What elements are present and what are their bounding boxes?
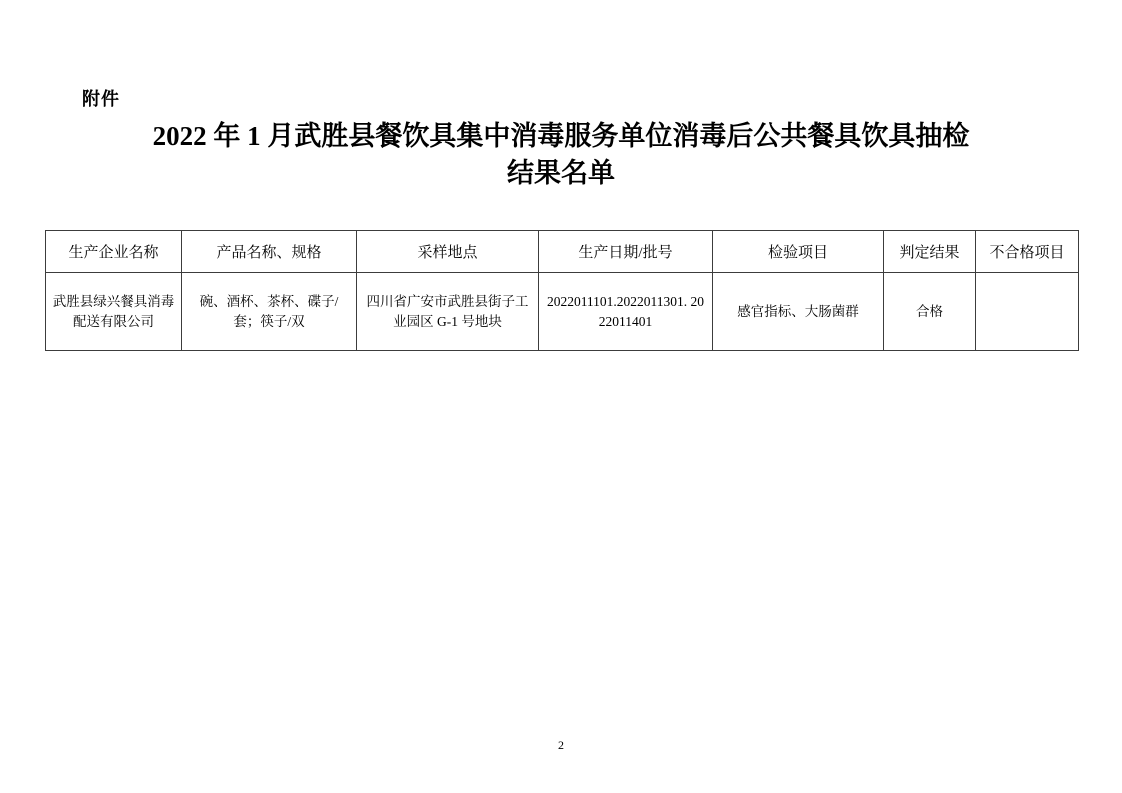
header-inspection-items: 检验项目 — [713, 231, 884, 273]
header-sampling-location: 采样地点 — [357, 231, 539, 273]
cell-sampling-location: 四川省广安市武胜县街子工业园区 G-1 号地块 — [357, 273, 539, 351]
cell-production-date-batch: 2022011101.2022011301. 2022011401 — [539, 273, 713, 351]
document-page: 附件 2022 年 1 月武胜县餐饮具集中消毒服务单位消毒后公共餐具饮具抽检 结… — [0, 0, 1122, 793]
header-failed-items: 不合格项目 — [976, 231, 1079, 273]
cell-failed-items — [976, 273, 1079, 351]
document-title-line1: 2022 年 1 月武胜县餐饮具集中消毒服务单位消毒后公共餐具饮具抽检 — [0, 118, 1122, 155]
cell-inspection-items: 感官指标、大肠菌群 — [713, 273, 884, 351]
header-product-name-spec: 产品名称、规格 — [182, 231, 357, 273]
document-title: 2022 年 1 月武胜县餐饮具集中消毒服务单位消毒后公共餐具饮具抽检 结果名单 — [0, 118, 1122, 192]
page-number: 2 — [0, 738, 1122, 753]
cell-judgment-result: 合格 — [884, 273, 976, 351]
cell-producer-name: 武胜县绿兴餐具消毒配送有限公司 — [46, 273, 182, 351]
header-producer-name: 生产企业名称 — [46, 231, 182, 273]
inspection-results-table: 生产企业名称 产品名称、规格 采样地点 生产日期/批号 检验项目 判定结果 不合… — [45, 230, 1079, 351]
attachment-label: 附件 — [82, 85, 120, 111]
cell-product-name-spec: 碗、酒杯、茶杯、碟子/套；筷子/双 — [182, 273, 357, 351]
header-production-date-batch: 生产日期/批号 — [539, 231, 713, 273]
document-title-line2: 结果名单 — [0, 155, 1122, 192]
header-judgment-result: 判定结果 — [884, 231, 976, 273]
table-row: 武胜县绿兴餐具消毒配送有限公司 碗、酒杯、茶杯、碟子/套；筷子/双 四川省广安市… — [46, 273, 1079, 351]
table-header-row: 生产企业名称 产品名称、规格 采样地点 生产日期/批号 检验项目 判定结果 不合… — [46, 231, 1079, 273]
